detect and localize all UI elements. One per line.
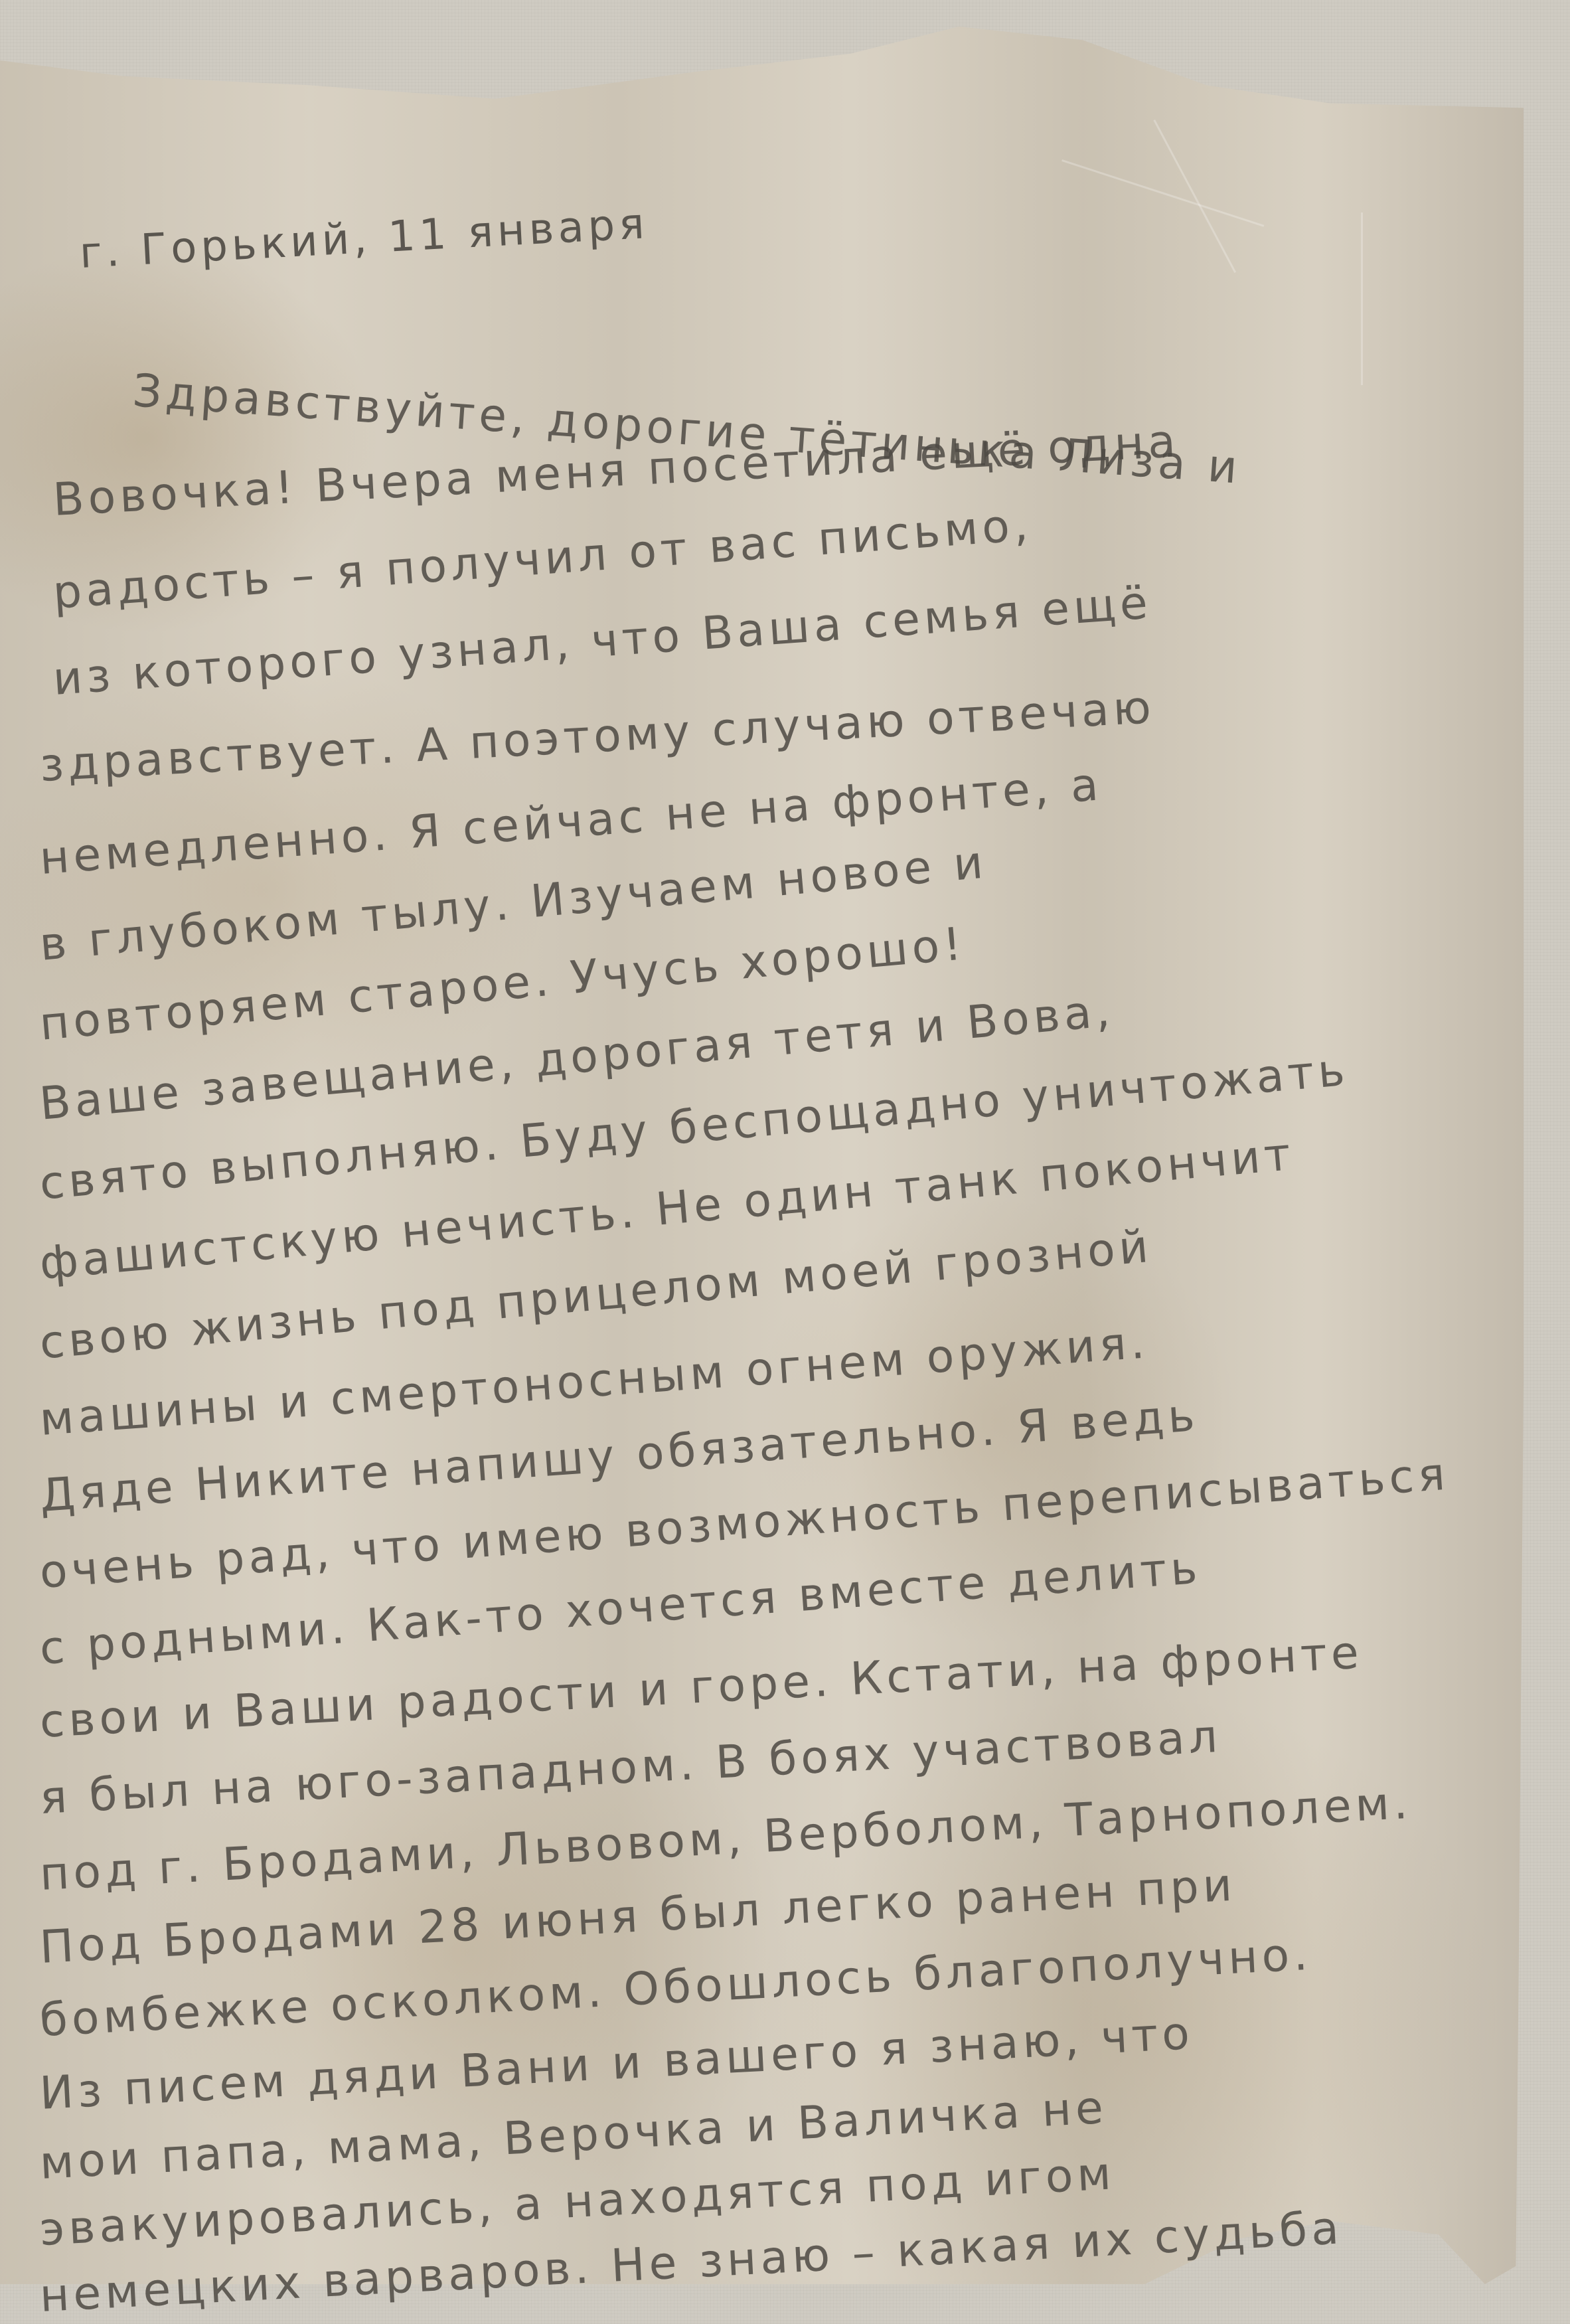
letter-place-date: г. Горький, 11 января xyxy=(78,203,649,275)
letter-text-body: г. Горький, 11 января Здравствуйте, доро… xyxy=(0,0,1570,2324)
